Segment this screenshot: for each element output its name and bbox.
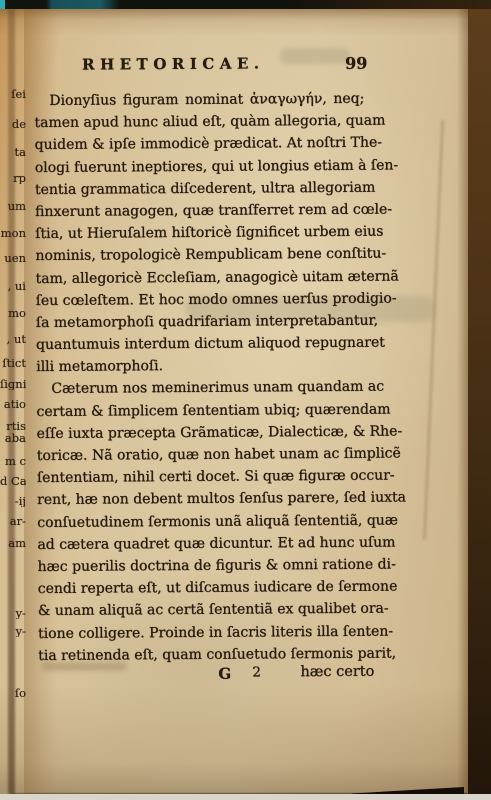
gutter-fragment: ſtict	[0, 357, 26, 369]
gutter-fragment: aba	[0, 432, 26, 444]
gutter-fragment: -ij	[0, 495, 26, 507]
body-line-text: hæc puerilis doctrina de figuris & omni …	[38, 556, 396, 575]
gutter-fragment: ſo	[0, 687, 26, 699]
body-line: eſſe iuxta præcepta Grãmaticæ, Dialectic…	[37, 420, 367, 444]
body-line-text: tione colligere. Proinde in ſacris liter…	[38, 623, 393, 641]
book-scan-photo: ſei de ta rp um mon uen , ui mo , ut ſti…	[0, 0, 491, 800]
gutter-fragment-text: am	[8, 537, 26, 549]
running-header: RHETORICAE. 99	[34, 52, 364, 78]
body-line-text: tentia grammatica diſcederent, ultra all…	[35, 179, 375, 197]
body-line-text: quidem & ipſe immodicè prædicat. At noſt…	[35, 135, 382, 153]
body-line: ad cætera quadret quæ dicuntur. Et ad hu…	[37, 531, 367, 555]
gutter-fragment-text: ſo	[15, 687, 26, 699]
gutter-fragment-text: de	[12, 118, 26, 130]
facing-page-fragments: ſei de ta rp um mon uen , ui mo , ut ſti…	[0, 9, 27, 794]
body-line-text: ologi fuerunt ineptiores, qui ut longius…	[35, 157, 398, 176]
gutter-fragment: y-	[0, 625, 26, 637]
gutter-fragment: uen	[0, 252, 26, 264]
body-line: Dionyſius figuram nominat ἀναγωγήν, neq;	[34, 88, 364, 112]
catchword: hæc certo	[300, 664, 374, 681]
gutter-fragment: de	[0, 118, 26, 130]
body-line: tam, allegoricè Eccleſiam, anagogicè uit…	[35, 265, 365, 289]
body-line: ſtia, ut Hieruſalem hiſtoricè ſignificet…	[35, 221, 365, 245]
body-line-text: ſa metamorphoſi quadrifariam interpretab…	[36, 312, 378, 330]
signature-line: G 2 hæc certo	[38, 664, 368, 688]
body-line: tione colligere. Proinde in ſacris liter…	[38, 620, 368, 644]
gutter-fragment-text: y-	[16, 625, 26, 637]
gutter-fragment: , ui	[0, 280, 26, 292]
body-line: tentia grammatica diſcederent, ultra all…	[35, 176, 365, 200]
body-line: ſa metamorphoſi quadrifariam interpretab…	[36, 310, 366, 334]
gutter-fragment: am	[0, 537, 26, 549]
body-line-text: ſeu cœleſtem. Et hoc modo omnes uerſus p…	[36, 290, 397, 309]
body-line-text: ad cætera quadret quæ dicuntur. Et ad hu…	[37, 534, 395, 552]
signature-letter: G	[218, 665, 231, 683]
body-line: hæc puerilis doctrina de figuris & omni …	[38, 554, 368, 578]
gutter-fragment-text: ſei	[11, 88, 26, 100]
gutter-fragment-text: , ui	[8, 280, 26, 292]
page-number: 99	[345, 54, 367, 73]
gutter-fragment-text: mo	[8, 307, 26, 319]
gutter-fragment-text: ſigni	[0, 378, 26, 390]
gutter-fragment: atio	[0, 398, 26, 410]
gutter-fragment-text: atio	[4, 398, 26, 410]
gutter-fragment-text: rtis	[6, 420, 26, 432]
body-line: ſententiam, nihil certi docet. Si quæ fi…	[37, 465, 367, 489]
body-line: rent, hæ non debent multos ſenſus parere…	[37, 487, 367, 511]
gutter-fragment: ſei	[0, 88, 26, 100]
body-line-text: Cæterum nos meminerimus unam quandam ac	[51, 379, 384, 397]
body-line: toricæ. Nã oratio, quæ non habet unam ac…	[37, 443, 367, 467]
gutter-fragment: rtis	[0, 420, 26, 432]
shelf-band	[0, 0, 491, 9]
body-line: cendi reperta eſt, ut diſcamus iudicare …	[38, 576, 368, 600]
body-line: conſuetudinem ſermonis unã aliquã ſenten…	[37, 509, 367, 533]
gutter-fragment-text: m c	[5, 455, 26, 467]
gutter-fragment: ar-	[0, 515, 26, 527]
body-line: ologi fuerunt ineptiores, qui ut longius…	[35, 154, 365, 178]
body-line-text: ſententiam, nihil certi docet. Si quæ fi…	[37, 468, 395, 486]
gutter-fragment-text: aba	[5, 432, 26, 444]
body-line-text: certam & ſimplicem ſententiam ubiq; quær…	[36, 401, 390, 419]
gutter-fragment-text: uen	[4, 252, 26, 264]
photo-background-strip	[0, 794, 491, 800]
printed-text-block: RHETORICAE. 99 Dionyſius figuram nominat…	[34, 52, 368, 688]
body-line-text: eſſe iuxta præcepta Grãmaticæ, Dialectic…	[37, 423, 403, 442]
fore-edge	[468, 9, 491, 794]
gutter-fragment-text: mon	[1, 227, 26, 239]
body-line-text: Dionyſius figuram nominat ἀναγωγήν, neq;	[49, 91, 364, 109]
gutter-fragment: d Ca	[0, 475, 26, 487]
body-line: quantumuis interdum dictum aliquod repug…	[36, 332, 366, 356]
body-line-text: finxerunt anagogen, quæ tranſferret rem …	[35, 201, 392, 219]
gutter-fragment: , ut	[0, 333, 26, 345]
gutter-fragment-text: d Ca	[0, 475, 26, 487]
body-line-text: toricæ. Nã oratio, quæ non habet unam ac…	[37, 445, 401, 464]
gutter-fragment-text: um	[8, 200, 26, 212]
gutter-fragment: y-	[0, 607, 26, 619]
body-line: nominis, tropologicè Rempublicam bene co…	[35, 243, 365, 267]
gutter-fragment: ſigni	[0, 378, 26, 390]
body-line-text: ſtia, ut Hieruſalem hiſtoricè ſignificet…	[35, 224, 383, 242]
gutter-fragment-text: ar-	[10, 515, 26, 527]
gutter-fragment: um	[0, 200, 26, 212]
body-text: Dionyſius figuram nominat ἀναγωγήν, neq;…	[34, 88, 368, 667]
running-header-title: RHETORICAE.	[82, 54, 265, 73]
body-line-text: & unam aliquã ac certã ſententiã ex qual…	[38, 601, 389, 619]
body-line: finxerunt anagogen, quæ tranſferret rem …	[35, 199, 365, 223]
body-line-text: rent, hæ non debent multos ſenſus parere…	[37, 490, 406, 509]
body-line: quidem & ipſe immodicè prædicat. At noſt…	[35, 132, 365, 156]
signature-number: 2	[252, 664, 261, 680]
body-line: Cæterum nos meminerimus unam quandam ac	[36, 376, 366, 400]
body-line: certam & ſimplicem ſententiam ubiq; quær…	[36, 398, 366, 422]
gutter-fragment-text: ta	[15, 146, 26, 158]
gutter-fragment-text: , ut	[7, 333, 26, 345]
gutter-fragment: mo	[0, 307, 26, 319]
body-line-text: cendi reperta eſt, ut diſcamus iudicare …	[38, 579, 398, 598]
body-line: ſeu cœleſtem. Et hoc modo omnes uerſus p…	[36, 287, 366, 311]
gutter-fragment: ta	[0, 146, 26, 158]
body-line-text: tamen apud hunc aliud eſt, quàm allegori…	[34, 113, 385, 131]
body-line: tamen apud hunc aliud eſt, quàm allegori…	[34, 110, 364, 134]
body-line: illi metamorphoſi.	[36, 354, 366, 378]
body-line-text: tam, allegoricè Eccleſiam, anagogicè uit…	[36, 268, 399, 287]
gutter-fragment: rp	[0, 172, 26, 184]
body-line-text: tia retinenda eſt, quam conſuetudo ſermo…	[38, 645, 396, 663]
body-line-text: nominis, tropologicè Rempublicam bene co…	[35, 246, 386, 264]
gutter-fragment-text: y-	[16, 607, 26, 619]
body-line-text: quantumuis interdum dictum aliquod repug…	[36, 335, 385, 353]
gutter-fragment-text: rp	[13, 172, 26, 184]
body-line-text: conſuetudinem ſermonis unã aliquã ſenten…	[37, 512, 398, 531]
gutter-fragment-text: -ij	[15, 495, 26, 507]
gutter-fragment: m c	[0, 455, 26, 467]
gutter-fragment-text: ſtict	[2, 357, 26, 369]
gutter-fragment: mon	[0, 227, 26, 239]
body-line-text: illi metamorphoſi.	[36, 358, 163, 375]
body-line: & unam aliquã ac certã ſententiã ex qual…	[38, 598, 368, 622]
